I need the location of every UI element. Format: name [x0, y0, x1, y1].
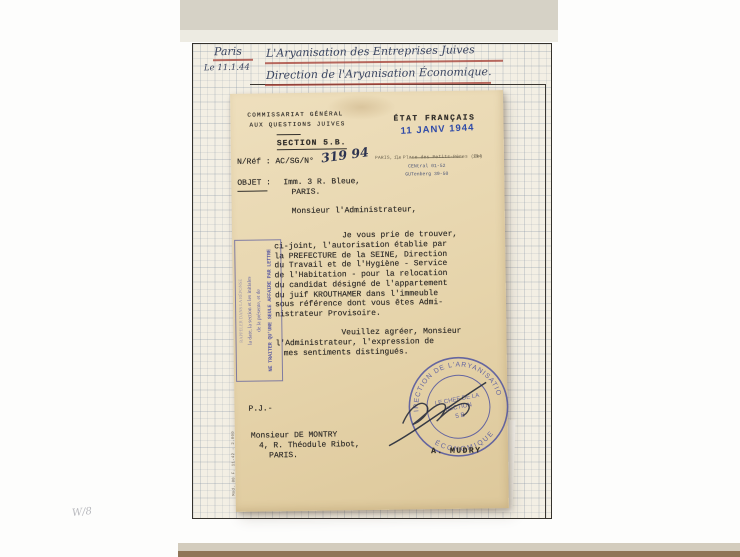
recipient-name: Monsieur DE MONTRY	[251, 430, 338, 440]
org-name-line2: AUX QUESTIONS JUIVES	[249, 120, 345, 128]
annotation-place: Paris	[214, 45, 242, 58]
objet-value: Imm. 3 R. Bleue,	[283, 177, 360, 187]
admin-box-stamp: RAPPELER DANS LA RÉPONSE la date, la sec…	[234, 239, 283, 382]
recipient-street: 4, R. Théodule Ribot,	[259, 440, 360, 450]
objet-label: OBJET :	[237, 178, 271, 187]
closing-line3: mes sentiments distingués.	[284, 347, 409, 358]
org-name-line1: COMMISSARIAT GÉNÉRAL	[247, 110, 343, 118]
table-surface	[178, 551, 740, 557]
closing-line1: Veuillez agréer, Monsieur	[341, 327, 461, 338]
body-paragraph: ci-joint, l'autorisation établie par la …	[274, 240, 448, 320]
letter-document: COMMISSARIAT GÉNÉRAL AUX QUESTIONS JUIVE…	[230, 90, 509, 512]
signer-name: A. MUDRY	[431, 446, 482, 456]
pencil-page-mark: W/8	[71, 506, 92, 519]
objet-city: PARIS.	[291, 188, 320, 197]
annotation-date: Le 11.1.44	[204, 63, 250, 74]
phone-line2: GUTenberg 39-50	[405, 172, 448, 178]
inner-frame-right-line	[545, 84, 546, 518]
recipient-city: PARIS.	[269, 451, 298, 460]
phone-line1: CENtral 01-52	[408, 164, 445, 170]
pj-label: P.J.-	[248, 404, 272, 413]
printer-mark: Mod. 88 F. 11-42 - 2.000	[232, 410, 237, 496]
date-stamp: 11 JANV 1944	[400, 122, 474, 137]
body-line: nistrateur Provisoire.	[275, 308, 448, 320]
org-underline	[277, 134, 301, 135]
box-stamp-line4: NE TRAITER QU'UNE SEULE AFFAIRE PAR LETT…	[263, 243, 278, 377]
album-top-edge-highlight	[180, 30, 558, 42]
signature	[382, 376, 495, 450]
album-photo: Paris Le 11.1.44 L'Aryanisation des Entr…	[0, 0, 740, 557]
album-top-edge	[180, 0, 558, 30]
closing-line2: l'Administrateur, l'expression de	[276, 337, 435, 348]
salutation: Monsieur l'Administrateur,	[292, 205, 417, 216]
objet-underline	[237, 190, 267, 191]
reference-label: N/Réf : AC/SG/N°	[237, 157, 314, 167]
body-opening: Je vous prie de trouver,	[342, 230, 457, 241]
